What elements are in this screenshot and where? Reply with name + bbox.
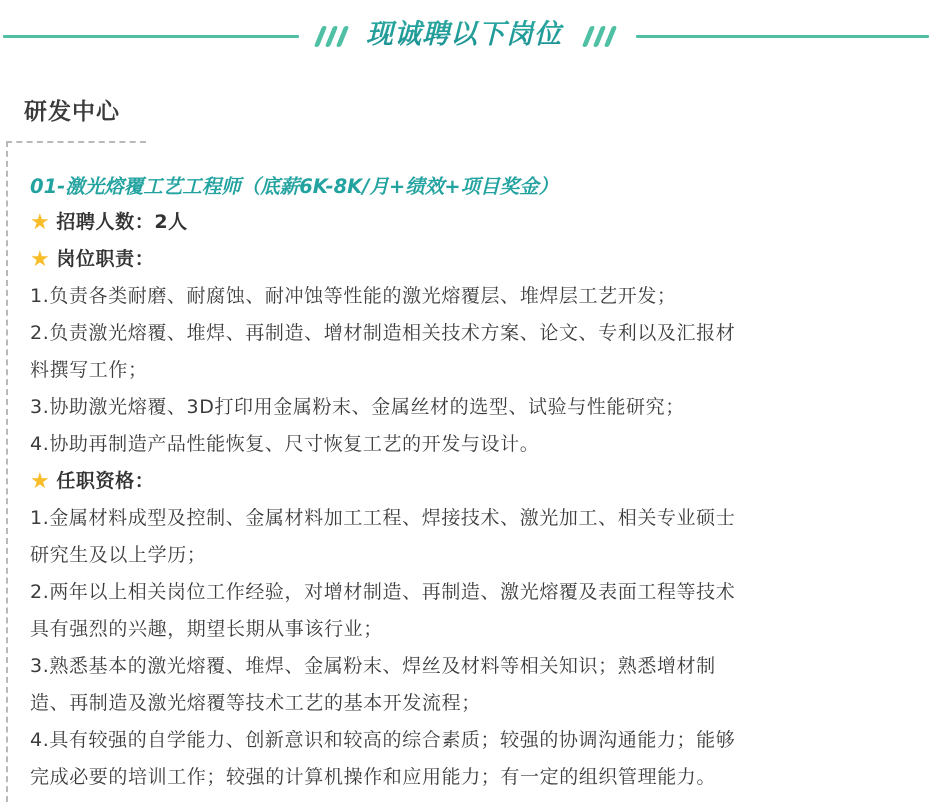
slash-decoration-right-icon: [586, 21, 613, 51]
duties-label: 岗位职责：: [56, 241, 154, 278]
requirement-line: 1.金属材料成型及控制、金属材料加工工程、焊接技术、激光加工、相关专业硕士: [30, 500, 920, 537]
requirement-line: 3.熟悉基本的激光熔覆、堆焊、金属粉末、焊丝及材料等相关知识；熟悉增材制: [30, 648, 920, 685]
star-icon: ★: [30, 249, 50, 271]
job-title: 01-激光熔覆工艺工程师（底薪6K-8K/月+绩效+项目奖金）: [30, 170, 920, 204]
duty-line: 2.负责激光熔覆、堆焊、再制造、增材制造相关技术方案、论文、专利以及汇报材: [30, 315, 920, 352]
duty-line: 料撰写工作；: [30, 352, 920, 389]
requirement-line: 完成必要的培训工作；较强的计算机操作和应用能力；有一定的组织管理能力。: [30, 759, 920, 796]
duty-line: 3.协助激光熔覆、3D打印用金属粉末、金属丝材的选型、试验与性能研究；: [30, 389, 920, 426]
page-header: 现诚聘以下岗位: [0, 14, 944, 58]
duty-line: 1.负责各类耐磨、耐腐蚀、耐冲蚀等性能的激光熔覆层、堆焊层工艺开发；: [30, 278, 920, 315]
requirement-line: 研究生及以上学历；: [30, 537, 920, 574]
requirement-line: 2.两年以上相关岗位工作经验，对增材制造、再制造、激光熔覆及表面工程等技术: [30, 574, 920, 611]
duty-line: 4.协助再制造产品性能恢复、尺寸恢复工艺的开发与设计。: [30, 426, 920, 463]
dashed-border-top: [6, 141, 146, 143]
requirement-line: 具有强烈的兴趣，期望长期从事该行业；: [30, 611, 920, 648]
slash-decoration-left-icon: [318, 21, 345, 51]
requirements-label: 任职资格：: [56, 463, 154, 500]
dashed-border-left: [6, 141, 8, 802]
headcount-row: ★ 招聘人数：2人: [30, 204, 920, 241]
requirement-line: 4.具有较强的自学能力、创新意识和较高的综合素质；较强的协调沟通能力；能够: [30, 722, 920, 759]
headcount-label: 招聘人数：2人: [56, 204, 187, 241]
star-icon: ★: [30, 212, 50, 234]
job-posting: 01-激光熔覆工艺工程师（底薪6K-8K/月+绩效+项目奖金） ★ 招聘人数：2…: [30, 170, 920, 796]
requirements-heading: ★ 任职资格：: [30, 463, 920, 500]
duties-heading: ★ 岗位职责：: [30, 241, 920, 278]
header-title: 现诚聘以下岗位: [366, 18, 572, 52]
section-title: 研发中心: [24, 96, 120, 128]
header-divider-right: [636, 35, 929, 38]
header-divider-left: [3, 35, 299, 38]
requirement-line: 造、再制造及激光熔覆等技术工艺的基本开发流程；: [30, 685, 920, 722]
star-icon: ★: [30, 471, 50, 493]
